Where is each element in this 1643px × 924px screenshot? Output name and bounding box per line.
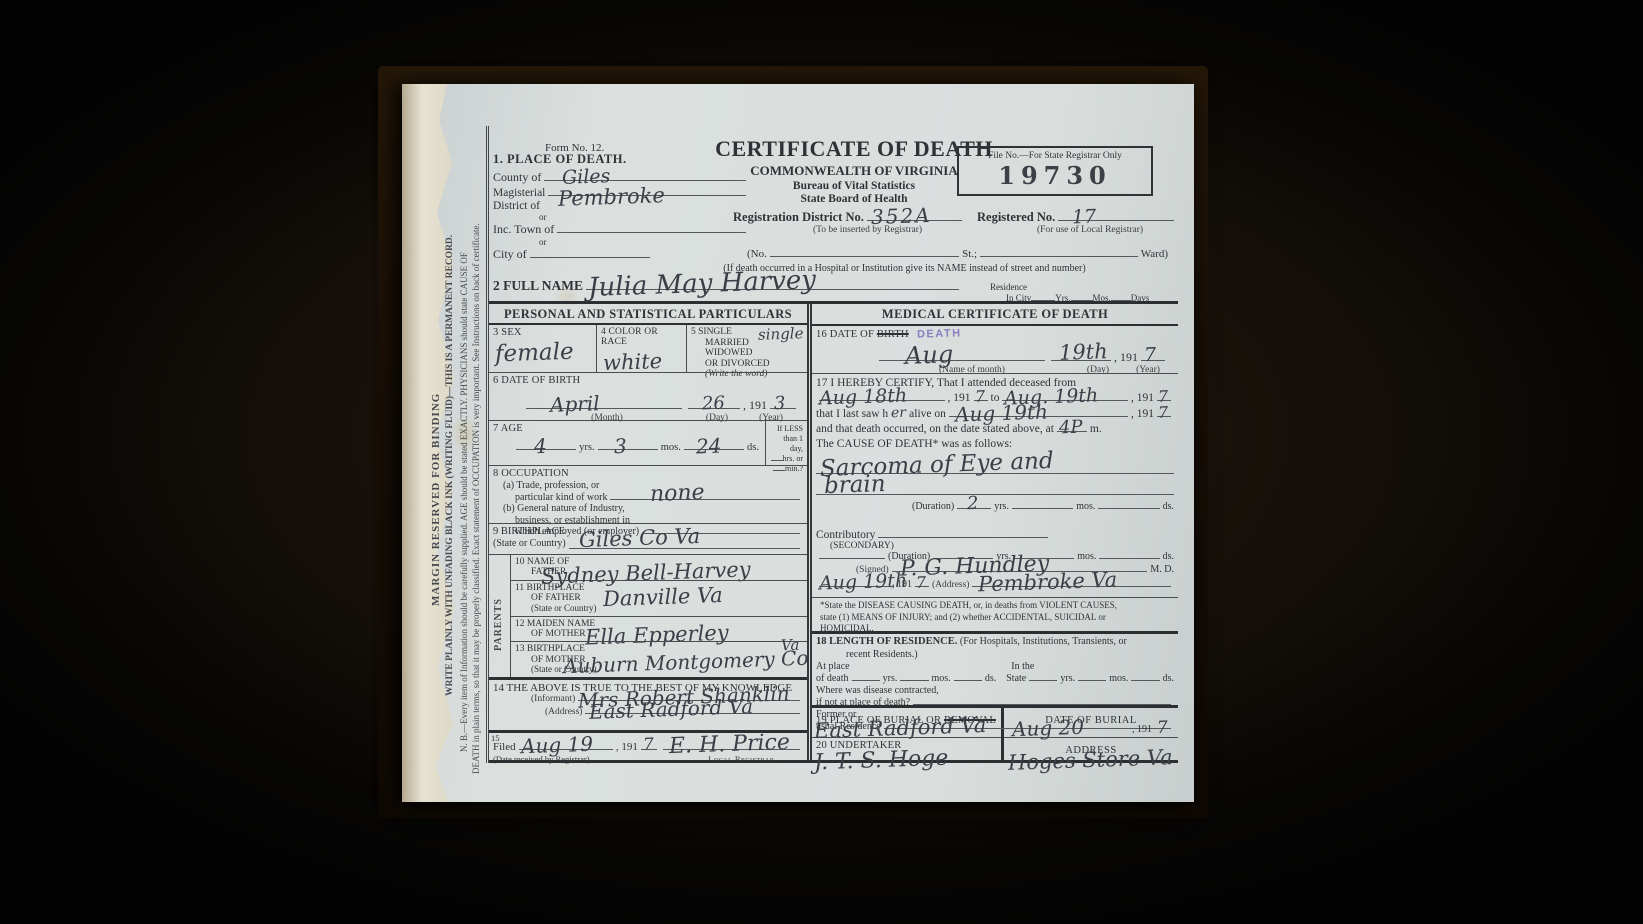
age-years-value: 4 [534, 436, 547, 456]
alive-year-line: 7 [1157, 416, 1171, 417]
informant-label: (Informant) [531, 694, 575, 704]
color-race-value: white [603, 351, 663, 374]
marital-status-value: single [757, 326, 803, 343]
filed-date-value: Aug 19 [520, 734, 593, 756]
full-name-label: 2 FULL NAME [493, 278, 583, 294]
res-yrs-line [852, 680, 880, 681]
birth-year-line: 3 [770, 408, 796, 409]
street-ward-label: Ward) [1141, 248, 1168, 260]
margin-nb-note-line1: N. B.—Every item of Information should b… [459, 252, 469, 752]
father-birthplace-value: Danville Va [603, 585, 723, 610]
informant-address-label: (Address) [545, 707, 582, 717]
county-line: Giles [544, 180, 746, 181]
burial-right: DATE OF BURIAL Aug 20 , 191 7 ADDRESS Ho… [1004, 708, 1178, 760]
mother-birthplace-row: 13 BIRTHPLACEOF MOTHER(State or Country)… [511, 641, 807, 677]
cause-line-2: brain [816, 474, 1174, 495]
attended-from-line: Aug 18th [819, 400, 945, 401]
age-row: 7 AGE 4 yrs. 3 mos. 24 ds. If LE [489, 420, 807, 465]
age-months-line: 3 [598, 449, 658, 450]
registered-number-label: Registered No. [977, 210, 1055, 225]
street-no-line [770, 256, 959, 257]
if-less-than-day-cell: If LESS than 1 day, hrs. or min.? [765, 421, 807, 465]
birth-month-line: April [526, 408, 682, 409]
cause-footnote: *State the DISEASE CAUSING DEATH, or, in… [812, 597, 1178, 631]
occupation-a-value: none [650, 482, 705, 506]
year-print: , 191 [1132, 724, 1152, 735]
signed-year-digit: 7 [916, 575, 927, 591]
contrib-blank-line [819, 558, 885, 559]
duration-value: 2 [967, 494, 979, 512]
personal-particulars-column: PERSONAL AND STATISTICAL PARTICULARS 3 S… [489, 304, 807, 760]
occupation-label: 8 OCCUPATION [493, 468, 803, 480]
county-label: County of [493, 170, 541, 185]
burial-left: 19 PLACE OF BURIAL OR REMOVAL East Radfo… [812, 708, 1004, 760]
parents-label-column: PARENTS [489, 555, 511, 677]
residence-block: Residence In City Yrs. Mos. Days [962, 282, 1174, 305]
full-name-value: Julia May Harvey [588, 267, 817, 301]
death-month-line: Aug [879, 360, 1045, 361]
registered-number-value: 17 [1072, 208, 1097, 228]
death-year-digit: 7 [1144, 345, 1157, 364]
birthplace-row: 9 BIRTHPLACE(State or Country) Giles Co … [489, 523, 807, 554]
sex-value: female [495, 341, 574, 367]
registration-district-label: Registration District No. [733, 210, 864, 225]
signed-address-label: (Address) [932, 580, 969, 590]
registration-district-line: 352A [867, 220, 962, 221]
sex-label: 3 SEX [493, 327, 592, 338]
time-line: 4P [1057, 431, 1087, 432]
year-print: , 191 [743, 398, 767, 413]
disease-contracted-line [913, 704, 1171, 705]
filed-row: 15 Filed Aug 19 , 191 7 E. H. Price (Dat… [489, 730, 807, 760]
certificate-form: Form No. 12. CERTIFICATE OF DEATH COMMON… [486, 126, 1178, 763]
filed-row-number: 15 [491, 733, 500, 743]
undertaker-address-cell: ADDRESS Hoges Store Va [1004, 738, 1178, 760]
marital-status-cell: single 5 SINGLE MARRIED WIDOWED OR DIVOR… [687, 325, 807, 372]
registrar-signature-value: E. H. Price [669, 732, 791, 758]
street-line: (No. St.; Ward) [747, 248, 1168, 260]
file-number-box: File No.—For State Registrar Only 19730 [957, 146, 1153, 196]
birthplace-line: Giles Co Va [569, 548, 800, 549]
contributory-label: Contributory [816, 529, 875, 541]
sex-cell: 3 SEX female [489, 325, 597, 372]
secondary-label: (SECONDARY) [830, 541, 1174, 551]
time-value: 4P [1059, 418, 1083, 437]
year-print: , 191 [1114, 350, 1138, 365]
birthplace-value: Giles Co Va [578, 526, 700, 551]
undertaker-cell: 20 UNDERTAKER J. T. S. Hoge [812, 738, 1001, 760]
parents-rows: 10 NAME OFFATHER Sydney Bell-Harvey 11 B… [511, 555, 807, 677]
filed-year-digit: 7 [643, 737, 654, 754]
informant-address-value: East Radford Va [589, 696, 754, 722]
city-label: City of [493, 247, 527, 262]
length-of-residence-section: 18 LENGTH OF RESIDENCE. (For Hospitals, … [812, 631, 1178, 705]
alive-year-digit: 7 [1158, 404, 1169, 420]
res-ds-line [954, 680, 982, 681]
or-text: or [539, 237, 749, 247]
filed-year-line: 7 [641, 749, 657, 750]
year-print: , 191 [1131, 407, 1154, 422]
or-text: or [539, 212, 749, 222]
res-state-ds-line [1131, 680, 1159, 681]
date-of-death-row: 16 DATE OF BIRTH DEATH Aug 19th , 191 7 … [812, 326, 1178, 373]
year-print: , 191 [1131, 391, 1154, 406]
duration-mos-line [1012, 508, 1073, 509]
date-of-birth-label: 6 DATE OF BIRTH [493, 375, 803, 386]
signed-address-line: Pembroke Va [972, 586, 1171, 587]
death-day-line: 19th [1051, 360, 1111, 361]
registration-district-block: Registration District No. 352A (To be in… [733, 210, 965, 235]
color-race-label: 4 COLOR OR RACE [601, 327, 682, 347]
age-months-value: 3 [613, 436, 626, 456]
informant-row: 14 THE ABOVE IS TRUE TO THE BEST OF MY K… [489, 677, 807, 730]
medical-column-header: MEDICAL CERTIFICATE OF DEATH [812, 304, 1178, 326]
registered-number-block: Registered No. 17 (For use of Local Regi… [977, 210, 1177, 235]
signed-year-line: 7 [915, 586, 929, 587]
sex-color-marital-row: 3 SEX female 4 COLOR OR RACE white singl… [489, 325, 807, 372]
street-st-label: St.; [962, 248, 977, 260]
occupation-a-line: none [610, 499, 800, 500]
birth-day-line: 26 [688, 408, 740, 409]
parents-label: PARENTS [493, 598, 504, 651]
signed-date-value: Aug 19th [819, 571, 908, 593]
color-race-cell: 4 COLOR OR RACE white [597, 325, 687, 372]
margin-write-plainly-text: WRITE PLAINLY WITH UNFADING BLACK INK (W… [445, 235, 455, 696]
contrib-ds-line [1099, 558, 1159, 559]
undertaker-address-value: Hoges Store Va [1008, 747, 1173, 774]
burial-year-digit: 7 [1157, 720, 1168, 737]
personal-column-header: PERSONAL AND STATISTICAL PARTICULARS [489, 304, 807, 325]
magisterial-label: MagisterialDistrict of [493, 187, 545, 212]
death-month-value: Aug [905, 342, 954, 368]
date-of-burial-cell: DATE OF BURIAL Aug 20 , 191 7 [1004, 708, 1178, 738]
alive-on-value: Aug 19th [955, 401, 1049, 424]
signed-date-line: Aug 19th [819, 586, 889, 587]
duration-ds-line [1098, 508, 1159, 509]
her-handwritten: er [891, 405, 906, 420]
alive-on-line: Aug 19th [949, 416, 1128, 417]
place-of-death-label: 1. PLACE OF DEATH. [493, 152, 749, 167]
duration-value-line: 2 [957, 508, 991, 509]
registered-number-note: (For use of Local Registrar) [1037, 225, 1177, 235]
scanned-death-certificate: MARGIN RESERVED FOR BINDING WRITE PLAINL… [0, 0, 1643, 924]
date-of-birth-row: 6 DATE OF BIRTH April 26 , 191 3 (Month)… [489, 372, 807, 420]
duration-label: (Duration) [912, 501, 954, 512]
res-state-yrs-line [1029, 680, 1057, 681]
place-of-burial-cell: 19 PLACE OF BURIAL OR REMOVAL East Radfo… [812, 708, 1001, 738]
filed-date-line: Aug 19 [519, 749, 613, 750]
full-name-row: 2 FULL NAME Julia May Harvey Residence I… [493, 278, 1174, 305]
cause-value-2: brain [824, 473, 886, 498]
age-label: 7 AGE [493, 423, 761, 434]
place-of-death-section: 1. PLACE OF DEATH. County of Giles Magis… [493, 152, 749, 262]
res-state-mos-line [1078, 680, 1106, 681]
from-year-line: 7 [974, 400, 988, 401]
occupation-row: 8 OCCUPATION (a) Trade, profession, or p… [489, 465, 807, 523]
father-birthplace-row: 11 BIRTHPLACEOF FATHER(State or Country)… [511, 580, 807, 616]
parents-section: PARENTS 10 NAME OFFATHER Sydney Bell-Har… [489, 554, 807, 677]
registration-district-value: 352A [871, 205, 932, 227]
contributory-section: Contributory (SECONDARY) (Duration) yrs.… [812, 527, 1178, 597]
form-columns: PERSONAL AND STATISTICAL PARTICULARS 3 S… [489, 301, 1178, 763]
birthplace-label: 9 BIRTHPLACE(State or Country) [493, 526, 566, 550]
res-mos-line [900, 680, 928, 681]
undertaker-value: J. T. S. Hoge [814, 748, 949, 775]
to-year-line: 7 [1157, 400, 1171, 401]
certificate-paper: MARGIN RESERVED FOR BINDING WRITE PLAINL… [402, 84, 1194, 802]
magisterial-line: Pembroke [548, 195, 746, 196]
inc-town-label: Inc. Town of [493, 222, 554, 237]
birth-year-digit: 3 [774, 395, 786, 413]
birth-month-value: April [550, 393, 600, 415]
mother-maiden-name-row: 12 MAIDEN NAMEOF MOTHER Ella Epperley [511, 616, 807, 642]
file-number-label: File No.—For State Registrar Only [959, 151, 1151, 161]
medical-certificate-column: MEDICAL CERTIFICATE OF DEATH 16 DATE OF … [812, 304, 1178, 760]
registrar-signature-line: E. H. Price [663, 749, 800, 750]
duration-line: (Duration) 2 yrs. mos. ds. [816, 501, 1174, 512]
margin-nb-note-line2: DEATH in plain terms, so that it may be … [471, 223, 481, 774]
age-days-value: 24 [696, 436, 722, 457]
mother-birthplace-state-value: Va [780, 638, 799, 654]
md-label: M. D. [1150, 564, 1174, 575]
date-of-death-prefix: 16 DATE OF [816, 329, 874, 340]
inc-town-line [557, 232, 746, 233]
residence-section-label: 18 LENGTH OF RESIDENCE. [816, 636, 957, 647]
contributory-line [878, 537, 1048, 538]
father-name-row: 10 NAME OFFATHER Sydney Bell-Harvey [511, 555, 807, 580]
age-main-cell: 7 AGE 4 yrs. 3 mos. 24 ds. [489, 421, 765, 465]
certification-section: 17 I HEREBY CERTIFY, That I attended dec… [812, 373, 1178, 527]
birth-word-struck: BIRTH [877, 329, 909, 340]
informant-address-line: East Radford Va [585, 713, 800, 714]
death-day-value: 19th [1059, 341, 1108, 364]
last-saw-alive-line: that I last saw h er alive on Aug 19th ,… [816, 406, 1174, 422]
registered-number-line: 17 [1058, 220, 1174, 221]
age-years-line: 4 [516, 449, 576, 450]
full-name-line: Julia May Harvey [586, 289, 959, 290]
death-stamp: DEATH [916, 327, 961, 340]
m-label: m. [1090, 422, 1102, 437]
city-line [530, 257, 650, 258]
street-name-line [980, 256, 1138, 257]
file-number-value: 19730 [959, 161, 1151, 190]
year-print: , 191 [616, 741, 638, 753]
burial-section: 19 PLACE OF BURIAL OR REMOVAL East Radfo… [812, 705, 1178, 760]
date-of-burial-value: Aug 20 [1012, 717, 1085, 739]
cause-line-1: Sarcoma of Eye and [816, 452, 1174, 474]
residence-label: Residence [990, 282, 1174, 293]
margin-binding-text: MARGIN RESERVED FOR BINDING [430, 393, 442, 606]
death-year-line: 7 [1141, 360, 1165, 361]
street-no-label: (No. [747, 248, 767, 260]
magisterial-value: Pembroke [558, 185, 665, 210]
birth-day-value: 26 [702, 395, 726, 414]
age-days-line: 24 [684, 449, 744, 450]
signed-address-value: Pembroke Va [978, 569, 1118, 595]
form-header: Form No. 12. CERTIFICATE OF DEATH COMMON… [489, 126, 1178, 301]
